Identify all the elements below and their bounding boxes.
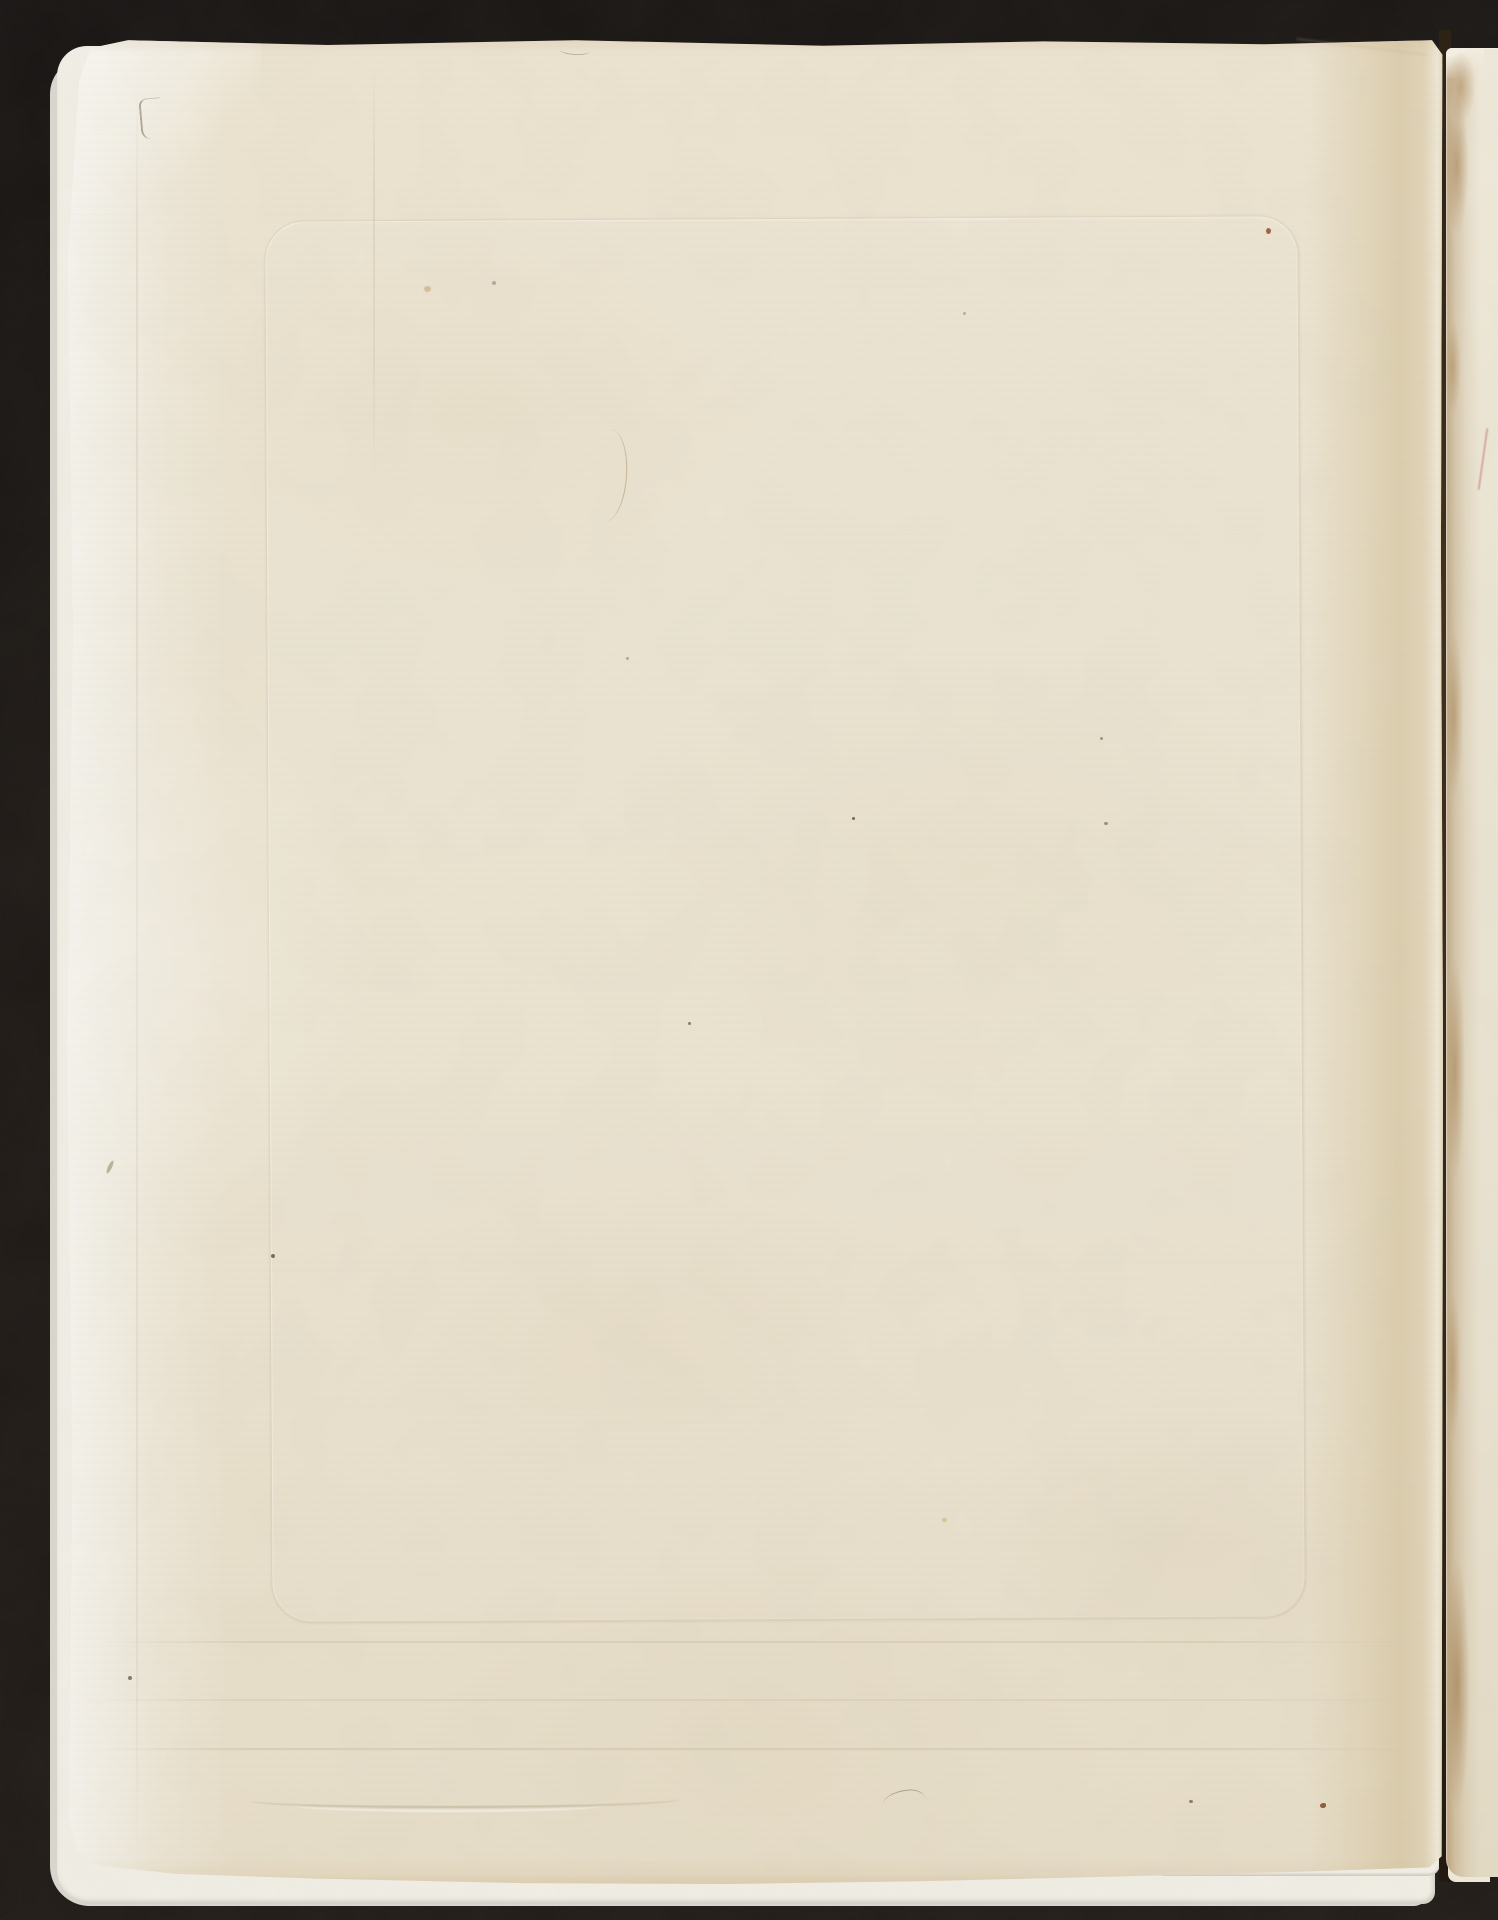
gutter-stain xyxy=(1445,95,1469,235)
corner-crease xyxy=(138,97,163,140)
marks-layer xyxy=(0,0,1498,1920)
ripple-shadow xyxy=(250,1792,680,1808)
gutter-stain xyxy=(1445,1290,1461,1440)
horizontal-crease xyxy=(70,1699,1430,1701)
dust-speck xyxy=(963,312,966,315)
ripple-highlight xyxy=(295,1799,605,1812)
dark-speck xyxy=(128,1676,132,1680)
dust-speck xyxy=(1189,1800,1193,1803)
paper-fiber xyxy=(603,429,630,522)
rust-speck xyxy=(1266,228,1271,234)
gutter-stain xyxy=(1444,1560,1470,1810)
diagonal-crease xyxy=(1296,38,1427,56)
elongated-fleck xyxy=(105,1160,115,1174)
dust-speck xyxy=(1104,822,1108,825)
gutter-stain xyxy=(1446,52,1476,122)
grey-speck xyxy=(492,281,496,285)
gutter-stain xyxy=(1445,630,1463,800)
vertical-crease xyxy=(373,62,375,482)
horizontal-crease xyxy=(95,1641,1415,1643)
foxing-dot xyxy=(424,286,431,292)
scan-root xyxy=(0,0,1498,1920)
gutter-stain xyxy=(1445,960,1465,1180)
amber-fleck xyxy=(942,1518,947,1522)
dark-speck xyxy=(688,1022,691,1025)
red-pencil-mark xyxy=(1478,428,1489,490)
dust-speck xyxy=(626,657,629,660)
dust-speck xyxy=(1100,737,1103,740)
gutter-stain xyxy=(1445,320,1461,415)
dark-speck xyxy=(852,817,855,820)
rust-speck xyxy=(1320,1803,1326,1808)
horizontal-crease xyxy=(90,1748,1420,1750)
paper-fiber xyxy=(560,45,590,56)
paper-fiber xyxy=(881,1788,926,1806)
dark-speck xyxy=(271,1254,275,1258)
